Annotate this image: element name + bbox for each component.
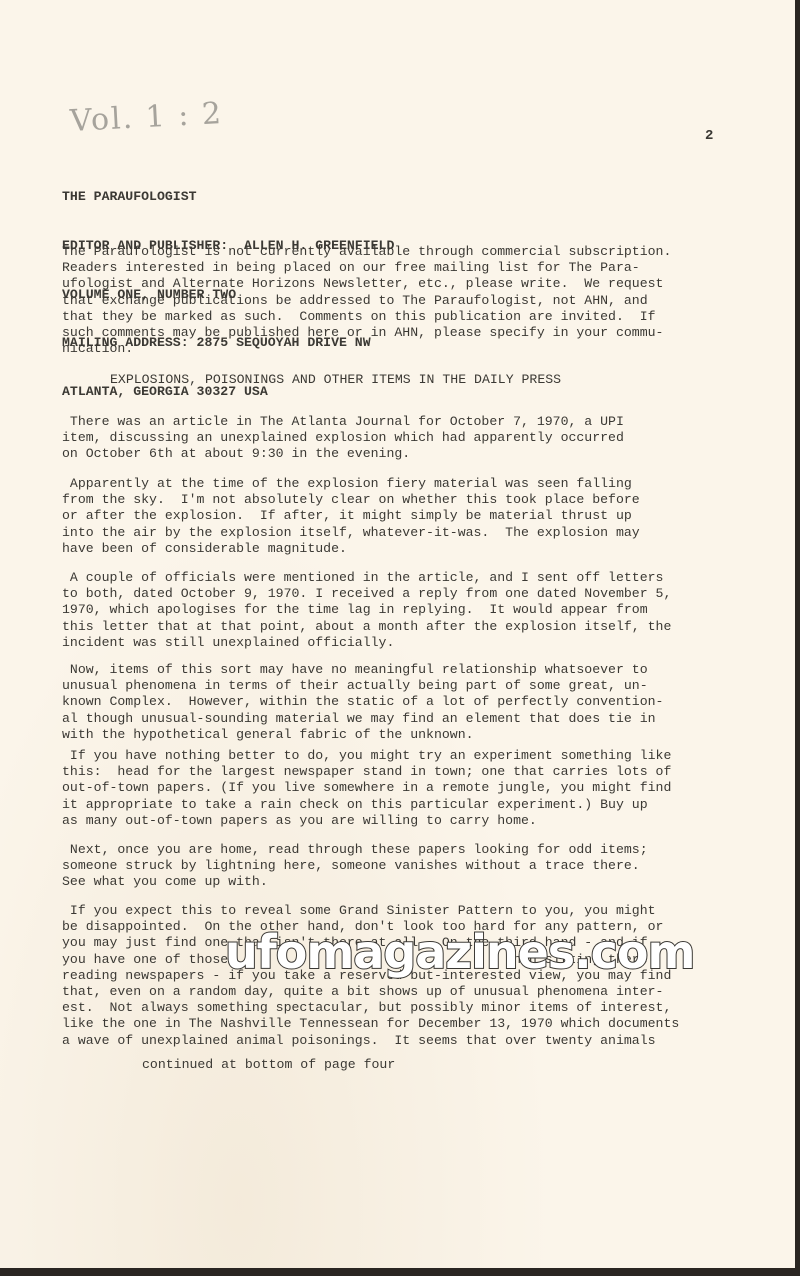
page-number: 2 — [705, 128, 713, 144]
text-line: al though unusual-sounding material we m… — [62, 711, 663, 727]
text-line: Apparently at the time of the explosion … — [62, 476, 640, 492]
paragraph: Next, once you are home, read through th… — [62, 842, 648, 891]
paragraph: A couple of officials were mentioned in … — [62, 570, 671, 651]
text-line: to both, dated October 9, 1970. I receiv… — [62, 586, 671, 602]
text-line: like the one in The Nashville Tennessean… — [62, 1016, 679, 1032]
text-line: it appropriate to take a rain check on t… — [62, 797, 671, 813]
text-line: If you expect this to reveal some Grand … — [62, 903, 679, 919]
text-line: See what you come up with. — [62, 874, 648, 890]
text-line: a wave of unexplained animal poisonings.… — [62, 1033, 679, 1049]
text-line: that, even on a random day, quite a bit … — [62, 984, 679, 1000]
text-line: someone struck by lightning here, someon… — [62, 858, 648, 874]
text-line: this: head for the largest newspaper sta… — [62, 764, 671, 780]
text-line: known Complex. However, within the stati… — [62, 694, 663, 710]
text-line: on October 6th at about 9:30 in the even… — [62, 446, 624, 462]
paragraph: Now, items of this sort may have no mean… — [62, 662, 663, 743]
text-line: The Paraufologist is not currently avail… — [62, 244, 671, 260]
handwritten-volume-note: Vol. 1 : 2 — [69, 96, 224, 139]
text-line: have been of considerable magnitude. — [62, 541, 640, 557]
text-line: Now, items of this sort may have no mean… — [62, 662, 663, 678]
text-line: Readers interested in being placed on ou… — [62, 260, 671, 276]
masthead-line: THE PARAUFOLOGIST — [62, 189, 394, 205]
text-line: item, discussing an unexplained explosio… — [62, 430, 624, 446]
text-line: with the hypothetical general fabric of … — [62, 727, 663, 743]
text-line: incident was still unexplained officiall… — [62, 635, 671, 651]
text-line: If you have nothing better to do, you mi… — [62, 748, 671, 764]
text-line: or after the explosion. If after, it mig… — [62, 508, 640, 524]
paragraph: There was an article in The Atlanta Jour… — [62, 414, 624, 463]
paragraph: Apparently at the time of the explosion … — [62, 476, 640, 557]
section-heading: EXPLOSIONS, POISONINGS AND OTHER ITEMS I… — [110, 372, 561, 388]
paragraph: If you have nothing better to do, you mi… — [62, 748, 671, 829]
text-line: nication. — [62, 341, 671, 357]
continued-note: continued at bottom of page four — [142, 1057, 395, 1073]
text-line: unusual phenomena in terms of their actu… — [62, 678, 663, 694]
text-line: that they be marked as such. Comments on… — [62, 309, 671, 325]
text-line: into the air by the explosion itself, wh… — [62, 525, 640, 541]
text-line: as many out-of-town papers as you are wi… — [62, 813, 671, 829]
intro-paragraph: The Paraufologist is not currently avail… — [62, 244, 671, 357]
text-line: A couple of officials were mentioned in … — [62, 570, 671, 586]
text-line: that exchange publications be addressed … — [62, 293, 671, 309]
text-line: est. Not always something spectacular, b… — [62, 1000, 679, 1016]
text-line: 1970, which apologises for the time lag … — [62, 602, 671, 618]
text-line: There was an article in The Atlanta Jour… — [62, 414, 624, 430]
watermark: ufomagazines.com — [225, 925, 694, 979]
text-line: ufologist and Alternate Horizons Newslet… — [62, 276, 671, 292]
text-line: such comments may be published here or i… — [62, 325, 671, 341]
text-line: Next, once you are home, read through th… — [62, 842, 648, 858]
scanned-page: Vol. 1 : 2 2 THE PARAUFOLOGIST EDITOR AN… — [0, 0, 795, 1268]
text-line: from the sky. I'm not absolutely clear o… — [62, 492, 640, 508]
text-line: out-of-town papers. (If you live somewhe… — [62, 780, 671, 796]
text-line: this letter that at that point, about a … — [62, 619, 671, 635]
